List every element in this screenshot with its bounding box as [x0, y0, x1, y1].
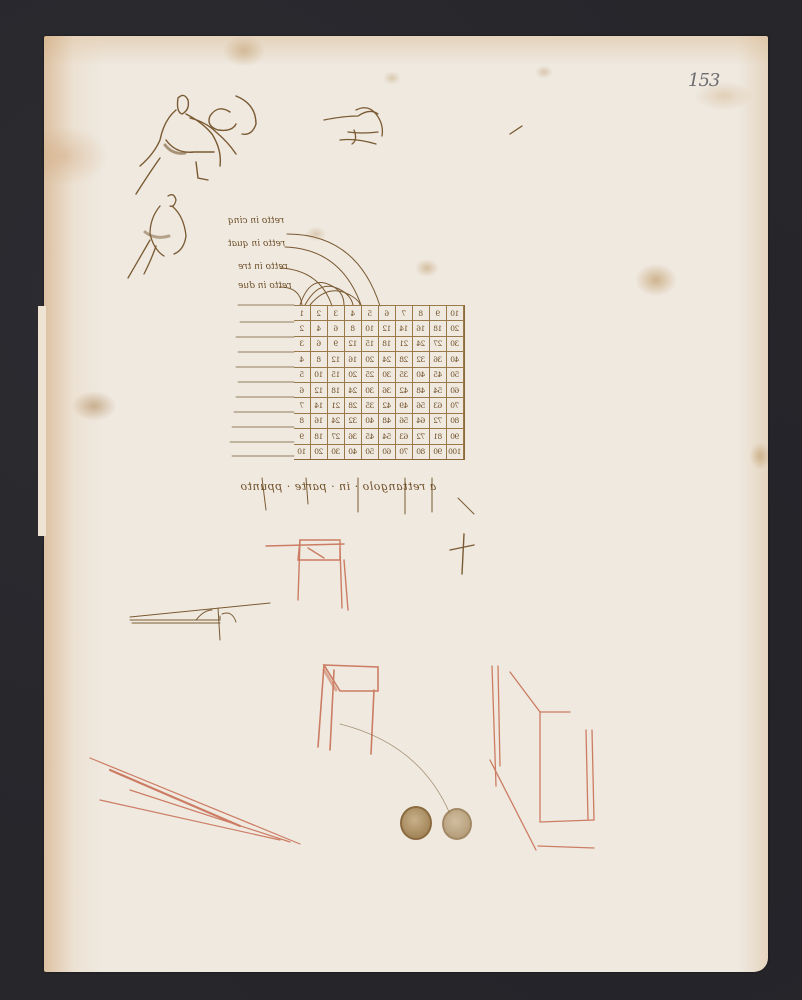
table-cell: 80 [413, 444, 430, 459]
table-cell: 56 [413, 397, 430, 412]
table-cell: 18 [328, 382, 345, 397]
table-cell: 40 [447, 351, 464, 366]
table-cell: 30 [447, 336, 464, 351]
table-cell: 20 [311, 444, 328, 459]
table-cell: 42 [379, 397, 396, 412]
table-cell: 5 [294, 367, 311, 382]
table-cell: 63 [396, 428, 413, 443]
table-cell: 49 [396, 397, 413, 412]
table-cell: 10 [447, 305, 464, 320]
table-cell: 12 [311, 382, 328, 397]
table-cell: 36 [345, 428, 362, 443]
multiplication-table: 1234567891024681012141618203691215182124… [294, 305, 465, 460]
table-cell: 35 [362, 397, 379, 412]
table-cell: 10 [362, 320, 379, 335]
table-cell: 15 [362, 336, 379, 351]
table-cell: 9 [294, 428, 311, 443]
table-cell: 5 [362, 305, 379, 320]
table-cell: 8 [413, 305, 430, 320]
table-cell: 90 [430, 444, 447, 459]
row-label: retto in cinq [228, 216, 284, 226]
table-cell: 48 [379, 413, 396, 428]
table-cell: 30 [379, 367, 396, 382]
table-cell: 18 [311, 428, 328, 443]
table-cell: 3 [328, 305, 345, 320]
coin-left [400, 806, 432, 840]
table-cell: 15 [328, 367, 345, 382]
table-cell: 25 [362, 367, 379, 382]
row-label: retto in quat [228, 239, 285, 249]
table-cell: 27 [430, 336, 447, 351]
table-cell: 54 [379, 428, 396, 443]
table-cell: 4 [345, 305, 362, 320]
table-cell: 36 [430, 351, 447, 366]
table-cell: 7 [396, 305, 413, 320]
table-cell: 10 [311, 367, 328, 382]
table-cell: 60 [379, 444, 396, 459]
table-cell: 81 [430, 428, 447, 443]
row-label: retto in tre [238, 262, 288, 272]
table-cell: 70 [396, 444, 413, 459]
table-cell: 6 [311, 336, 328, 351]
table-cell: 10 [294, 444, 311, 459]
table-cell: 9 [328, 336, 345, 351]
folio-number: 153 [688, 70, 719, 91]
table-cell: 72 [413, 428, 430, 443]
table-cell: 21 [396, 336, 413, 351]
table-cell: 4 [311, 320, 328, 335]
table-cell: 72 [430, 413, 447, 428]
table-cell: 2 [294, 320, 311, 335]
table-cell: 14 [396, 320, 413, 335]
table-cell: 6 [328, 320, 345, 335]
table-cell: 4 [294, 351, 311, 366]
table-cell: 27 [328, 428, 345, 443]
table-cell: 1 [294, 305, 311, 320]
table-cell: 40 [413, 367, 430, 382]
table-cell: 8 [311, 351, 328, 366]
table-cell: 16 [311, 413, 328, 428]
table-cell: 54 [430, 382, 447, 397]
table-cell: 20 [362, 351, 379, 366]
table-cell: 32 [413, 351, 430, 366]
table-cell: 60 [447, 382, 464, 397]
table-cell: 45 [430, 367, 447, 382]
table-cell: 24 [379, 351, 396, 366]
table-cell: 40 [345, 444, 362, 459]
table-cell: 18 [430, 320, 447, 335]
table-cell: 20 [447, 320, 464, 335]
table-cell: 28 [396, 351, 413, 366]
table-cell: 6 [294, 382, 311, 397]
table-cell: 14 [311, 397, 328, 412]
table-cell: 56 [396, 413, 413, 428]
row-label: retto in due [238, 281, 292, 291]
table-cell: 90 [447, 428, 464, 443]
table-cell: 35 [396, 367, 413, 382]
table-cell: 12 [379, 320, 396, 335]
table-cell: 12 [345, 336, 362, 351]
table-cell: 50 [362, 444, 379, 459]
table-cell: 32 [345, 413, 362, 428]
table-cell: 30 [328, 444, 345, 459]
table-cell: 42 [396, 382, 413, 397]
table-cell: 3 [294, 336, 311, 351]
table-cell: 28 [345, 397, 362, 412]
table-cell: 24 [413, 336, 430, 351]
table-cell: 18 [379, 336, 396, 351]
table-caption: a rettangolo · in · parte · ppunto [240, 480, 436, 493]
table-cell: 12 [328, 351, 345, 366]
table-cell: 21 [328, 397, 345, 412]
table-cell: 7 [294, 397, 311, 412]
table-cell: 50 [447, 367, 464, 382]
table-cell: 100 [447, 444, 464, 459]
table-cell: 30 [362, 382, 379, 397]
table-cell: 36 [379, 382, 396, 397]
coin-right [442, 808, 472, 840]
table-cell: 70 [447, 397, 464, 412]
table-cell: 9 [430, 305, 447, 320]
table-cell: 80 [447, 413, 464, 428]
table-cell: 40 [362, 413, 379, 428]
table-cell: 48 [413, 382, 430, 397]
table-cell: 2 [311, 305, 328, 320]
table-cell: 63 [430, 397, 447, 412]
table-cell: 64 [413, 413, 430, 428]
table-cell: 24 [328, 413, 345, 428]
table-cell: 45 [362, 428, 379, 443]
table-cell: 16 [413, 320, 430, 335]
table-cell: 8 [345, 320, 362, 335]
table-cell: 6 [379, 305, 396, 320]
table-cell: 20 [345, 367, 362, 382]
table-cell: 24 [345, 382, 362, 397]
table-cell: 8 [294, 413, 311, 428]
table-cell: 16 [345, 351, 362, 366]
